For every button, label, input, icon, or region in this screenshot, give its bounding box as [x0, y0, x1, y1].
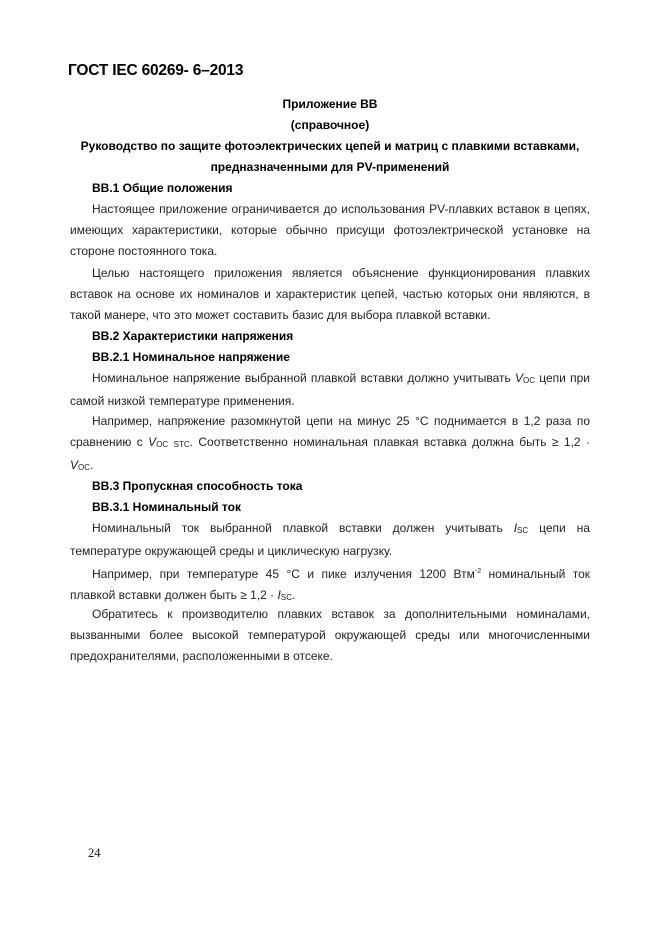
- annex-heading-line1: Руководство по защите фотоэлектрических …: [70, 139, 590, 153]
- page-number: 24: [88, 846, 101, 861]
- standard-designation: ГОСТ IEC 60269- 6–2013: [68, 62, 243, 80]
- annex-title: Приложение ВВ: [70, 97, 590, 111]
- annex-heading-line2: предназначенными для PV-применений: [70, 160, 590, 174]
- section-bb2-title: ВВ.2 Характеристики напряжения: [92, 329, 293, 343]
- section-bb1-paragraph-2: Целью настоящего приложения является объ…: [70, 263, 590, 327]
- section-bb1-title: ВВ.1 Общие положения: [92, 181, 233, 195]
- section-bb3-title: ВВ.3 Пропускная способность тока: [92, 479, 302, 493]
- section-bb2-1-title: ВВ.2.1 Номинальное напряжение: [92, 350, 290, 364]
- annex-subtitle: (справочное): [70, 118, 590, 132]
- section-bb1-paragraph-1: Настоящее приложение ограничивается до и…: [70, 199, 590, 263]
- section-bb2-1-paragraph-1: Номинальное напряжение выбранной плавкой…: [70, 368, 590, 412]
- section-bb2-1-paragraph-2: Например, напряжение разомкнутой цепи на…: [70, 411, 590, 479]
- section-bb3-1-paragraph-1: Номинальный ток выбранной плавкой вставк…: [70, 518, 590, 562]
- section-bb3-1-paragraph-3: Обратитесь к производителю плавких встав…: [70, 604, 590, 668]
- section-bb3-1-paragraph-2: Например, при температуре 45 °С и пике и…: [70, 561, 590, 608]
- section-bb3-1-title: ВВ.3.1 Номинальный ток: [92, 500, 241, 514]
